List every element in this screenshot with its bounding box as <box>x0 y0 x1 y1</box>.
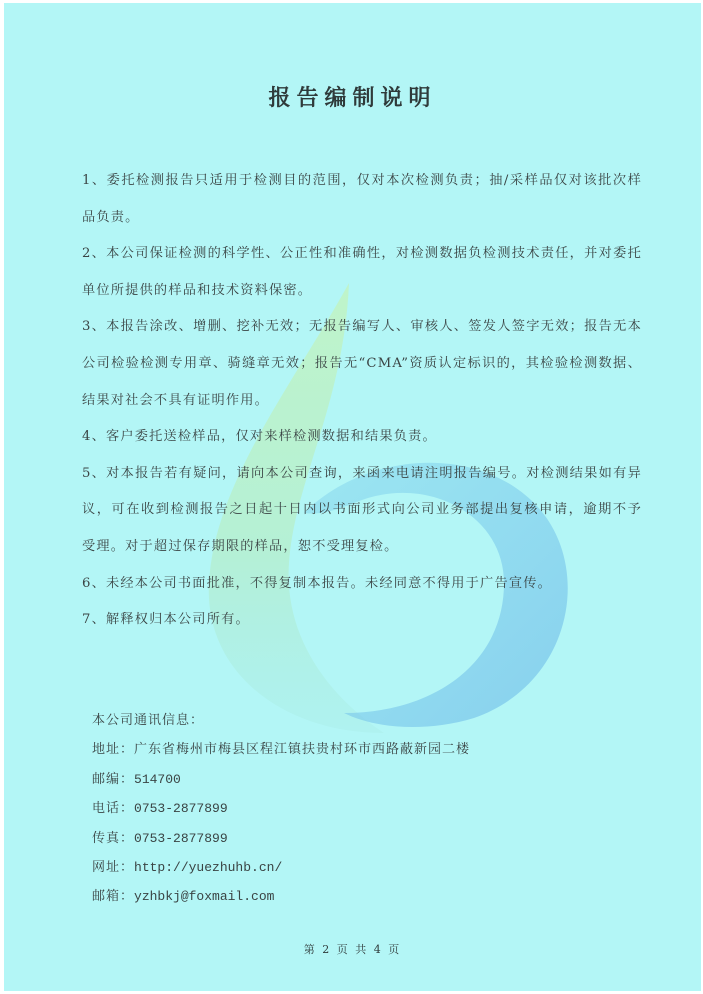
postcode-label: 邮编： <box>92 772 134 787</box>
fax-value: 0753-2877899 <box>134 831 228 846</box>
email-link[interactable]: yzhbkj@foxmail.com <box>134 889 274 904</box>
address-value: 广东省梅州市梅县区程江镇扶贵村环市西路蔽新园二楼 <box>134 742 470 757</box>
clause-item: 2、本公司保证检测的科学性、公正性和准确性，对检测数据负检测技术责任，并对委托单… <box>82 236 642 309</box>
clause-item: 7、解释权归本公司所有。 <box>82 602 642 639</box>
contact-email: 邮箱：yzhbkj@foxmail.com <box>92 882 470 911</box>
email-label: 邮箱： <box>92 889 134 904</box>
postcode-value: 514700 <box>134 772 181 787</box>
phone-label: 电话： <box>92 801 134 816</box>
clause-item: 3、本报告涂改、增删、挖补无效；无报告编写人、审核人、签发人签字无效；报告无本公… <box>82 309 642 419</box>
contact-website: 网址：http://yuezhuhb.cn/ <box>92 853 470 882</box>
contact-address: 地址：广东省梅州市梅县区程江镇扶贵村环市西路蔽新园二楼 <box>92 735 470 764</box>
contact-fax: 传真：0753-2877899 <box>92 824 470 853</box>
document-page: 报告编制说明 1、委托检测报告只适用于检测目的范围，仅对本次检测负责；抽/采样品… <box>4 3 701 991</box>
website-link[interactable]: http://yuezhuhb.cn/ <box>134 860 282 875</box>
clause-item: 6、未经本公司书面批准，不得复制本报告。未经同意不得用于广告宣传。 <box>82 566 642 603</box>
contact-phone: 电话：0753-2877899 <box>92 794 470 823</box>
phone-value: 0753-2877899 <box>134 801 228 816</box>
fax-label: 传真： <box>92 831 134 846</box>
address-label: 地址： <box>92 742 134 757</box>
website-label: 网址： <box>92 860 134 875</box>
clause-list: 1、委托检测报告只适用于检测目的范围，仅对本次检测负责；抽/采样品仅对该批次样品… <box>82 163 642 639</box>
clause-item: 1、委托检测报告只适用于检测目的范围，仅对本次检测负责；抽/采样品仅对该批次样品… <box>82 163 642 236</box>
contact-postcode: 邮编：514700 <box>92 765 470 794</box>
contact-heading: 本公司通讯信息： <box>92 706 470 735</box>
document-title: 报告编制说明 <box>4 81 701 112</box>
page-number: 第 2 页 共 4 页 <box>4 941 701 957</box>
clause-item: 4、客户委托送检样品，仅对来样检测数据和结果负责。 <box>82 419 642 456</box>
contact-info: 本公司通讯信息： 地址：广东省梅州市梅县区程江镇扶贵村环市西路蔽新园二楼 邮编：… <box>92 706 470 912</box>
clause-item: 5、对本报告若有疑问，请向本公司查询，来函来电请注明报告编号。对检测结果如有异议… <box>82 456 642 566</box>
